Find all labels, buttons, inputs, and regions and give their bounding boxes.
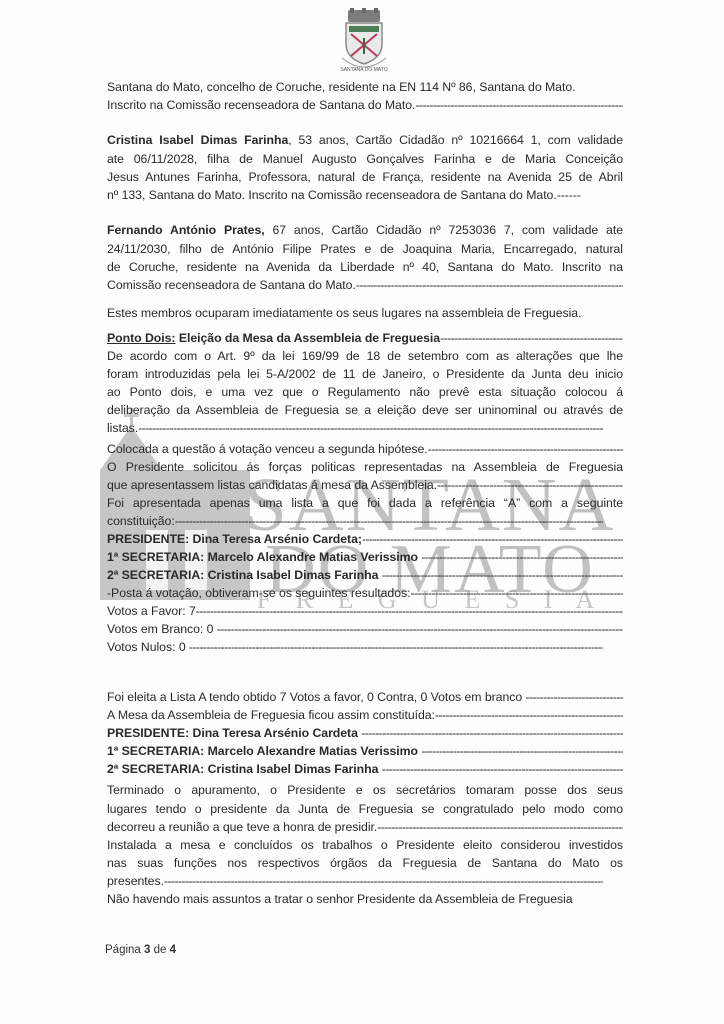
closing-line: Instalada a mesa e concluídos os trabalh… xyxy=(107,836,623,854)
closing-line: Terminado o apuramento, o Presidente e o… xyxy=(107,781,623,799)
intro-line: Santana do Mato, concelho de Coruche, re… xyxy=(107,78,623,96)
parish-crest-icon: SANTANA DO MATO xyxy=(334,8,394,74)
paragraph-line: foram introduzidas pela lei 5-A/2002 de … xyxy=(107,365,623,383)
page-number: Página 3 de 4 xyxy=(105,944,176,956)
list-member-row: 1ª SECRETARIA: Marcelo Alexandre Matias … xyxy=(107,548,623,566)
intro-line: Inscrito na Comissão recenseadora de San… xyxy=(107,96,623,114)
constituted-statement: A Mesa da Assembleia de Freguesia ficou … xyxy=(107,706,623,724)
closing-line: nas suas funções nos respectivos órgãos … xyxy=(107,854,623,872)
member-line: Fernando António Prates, 67 anos, Cartão… xyxy=(107,221,623,239)
closing-line: presentes. xyxy=(107,872,603,890)
member-line: Jesus Antunes Farinha, Professora, natur… xyxy=(107,168,623,186)
vote-result-row: Votos a Favor: 7 xyxy=(107,602,623,620)
member-line: ate 06/11/2028, filha de Manuel Augusto … xyxy=(107,150,623,168)
paragraph-line: deliberação da Assembleia de Freguesia s… xyxy=(107,401,623,419)
closing-line: Não havendo mais assuntos a tratar o sen… xyxy=(107,890,623,908)
paragraph-line: De acordo com o Art. 9º da lei 169/99 de… xyxy=(107,347,623,365)
list-member-row: PRESIDENTE: Dina Teresa Arsénio Cardeta; xyxy=(107,530,623,548)
svg-text:SANTANA DO MATO: SANTANA DO MATO xyxy=(340,67,387,73)
member-line: Cristina Isabel Dimas Farinha, 53 anos, … xyxy=(107,131,623,149)
closing-line: lugares tendo o presidente da Junta de F… xyxy=(107,800,623,818)
paragraph-line: ao Ponto dois, e uma vez que o Regulamen… xyxy=(107,383,623,401)
paragraph-line: que apresentassem listas candidatas á me… xyxy=(107,476,623,494)
member-line: de Coruche, residente na Avenida da Libe… xyxy=(107,258,623,276)
vote-result-row: Votos Nulos: 0 xyxy=(107,638,603,656)
paragraph-line: Foi apresentada apenas uma lista a que f… xyxy=(107,494,623,512)
member-line: 24/11/2030, filho de António Filipe Prat… xyxy=(107,240,623,258)
member-line: Comissão recenseadora de Santana do Mato… xyxy=(107,276,623,294)
final-member-row: PRESIDENTE: Dina Teresa Arsénio Cardeta xyxy=(107,724,623,742)
paragraph-line: Colocada a questão á votação venceu a se… xyxy=(107,440,623,458)
closing-line: decorreu a reunião a que teve a honra de… xyxy=(107,818,623,836)
final-member-row: 2ª SECRETARIA: Cristina Isabel Dimas Far… xyxy=(107,760,623,778)
paragraph-line: constituição: xyxy=(107,512,603,530)
elected-statement: Foi eleita a Lista A tendo obtido 7 Voto… xyxy=(107,688,623,706)
list-member-row: 2ª SECRETARIA: Cristina Isabel Dimas Far… xyxy=(107,566,623,584)
final-member-row: 1ª SECRETARIA: Marcelo Alexandre Matias … xyxy=(107,742,623,760)
vote-intro: -Posta á votação, obtiveram-se os seguin… xyxy=(107,584,623,602)
vote-result-row: Votos em Branco: 0 xyxy=(107,620,623,638)
member-line: nº 133, Santana do Mato. Inscrito na Com… xyxy=(107,186,623,204)
section-heading: Ponto Dois: Eleição da Mesa da Assemblei… xyxy=(107,329,623,347)
document-page: SANTANA DO MATO SANTANA DO MATO F R E G … xyxy=(0,0,724,1024)
paragraph-line: listas. xyxy=(107,419,603,437)
paragraph-line: O Presidente solicitou ás forças politic… xyxy=(107,458,623,476)
occupied-statement: Estes membros ocuparam imediatamente os … xyxy=(107,304,623,322)
